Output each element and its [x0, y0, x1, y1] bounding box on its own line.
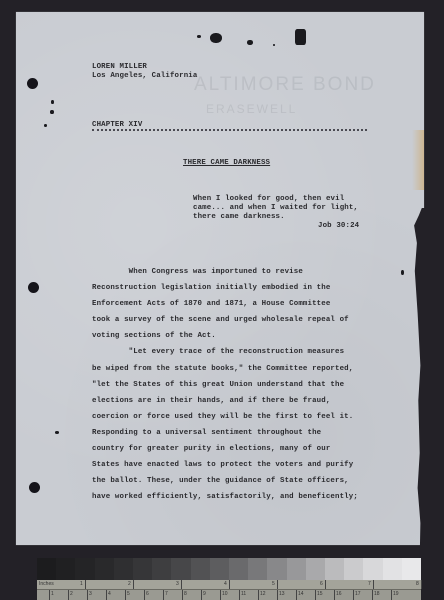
cm-mark: 2 — [70, 591, 73, 597]
epigraph-line: there came darkness. — [193, 213, 358, 222]
ink-speck — [55, 431, 59, 434]
author-location: Los Angeles, California — [92, 72, 197, 81]
body-line: country for greater purity in elections,… — [92, 441, 382, 457]
punch-hole-bottom — [29, 482, 40, 493]
cm-tick — [277, 590, 278, 600]
gray-patch — [114, 558, 133, 580]
chapter-title: THERE CAME DARKNESS — [183, 159, 270, 167]
chapter-heading: CHAPTER XIV — [92, 121, 142, 129]
torn-edge — [412, 208, 426, 558]
inch-tick — [229, 580, 230, 589]
body-line: be wiped from the statute books," the Co… — [92, 361, 382, 377]
cm-tick — [296, 590, 297, 600]
ink-speck — [210, 33, 222, 43]
gray-patch — [402, 558, 421, 580]
author-name: LOREN MILLER — [92, 63, 197, 72]
cm-mark: 18 — [374, 591, 380, 597]
cm-tick — [49, 590, 50, 600]
gray-patch — [210, 558, 229, 580]
ink-speck — [273, 44, 275, 46]
inch-tick — [325, 580, 326, 589]
gray-patch — [306, 558, 325, 580]
cm-tick — [315, 590, 316, 600]
cm-tick — [144, 590, 145, 600]
cm-mark: 11 — [241, 591, 246, 597]
gray-patch — [191, 558, 210, 580]
gray-patch — [75, 558, 94, 580]
inch-mark: 5 — [272, 581, 275, 587]
cm-mark: 12 — [260, 591, 266, 597]
gray-patch — [383, 558, 402, 580]
body-line: Enforcement Acts of 1870 and 1871, a Hou… — [92, 296, 382, 312]
cm-tick — [391, 590, 392, 600]
inch-mark: 7 — [368, 581, 371, 587]
body-line: "Let every trace of the reconstruction m… — [92, 344, 382, 360]
gray-patch — [287, 558, 306, 580]
cm-tick — [239, 590, 240, 600]
gray-patch — [56, 558, 75, 580]
epigraph: When I looked for good, then evil came..… — [193, 195, 358, 222]
cm-tick — [353, 590, 354, 600]
cm-mark: 15 — [317, 591, 323, 597]
gray-scale-strip — [37, 558, 421, 580]
cm-tick — [68, 590, 69, 600]
ink-speck — [401, 270, 404, 275]
epigraph-line: When I looked for good, then evil — [193, 195, 358, 204]
punch-hole-middle — [28, 282, 39, 293]
cm-tick — [372, 590, 373, 600]
ink-speck — [51, 100, 54, 104]
cm-tick — [220, 590, 221, 600]
inch-mark: 4 — [224, 581, 227, 587]
inch-tick — [181, 580, 182, 589]
body-line: have worked efficiently, satisfactorily,… — [92, 489, 382, 505]
cm-mark: 17 — [355, 591, 361, 597]
ink-speck — [44, 124, 47, 127]
inch-tick — [133, 580, 134, 589]
cm-tick — [163, 590, 164, 600]
ink-speck — [295, 29, 306, 45]
cm-mark: 1 — [51, 591, 54, 597]
body-line: States have enacted laws to protect the … — [92, 457, 382, 473]
gray-patch — [152, 558, 171, 580]
gray-patch — [344, 558, 363, 580]
inch-mark: 2 — [128, 581, 131, 587]
gray-patch — [171, 558, 190, 580]
body-line: voting sections of the Act. — [92, 328, 382, 344]
cm-mark: 13 — [279, 591, 285, 597]
body-line: Reconstruction legislation initially emb… — [92, 280, 382, 296]
inch-tick — [421, 580, 422, 589]
epigraph-citation: Job 30:24 — [318, 222, 359, 230]
body-line: Responding to a universal sentiment thro… — [92, 425, 382, 441]
cm-tick — [125, 590, 126, 600]
cm-tick — [201, 590, 202, 600]
cm-mark: 10 — [222, 591, 228, 597]
cm-mark: 4 — [108, 591, 111, 597]
epigraph-line: came... and when I waited for light, — [193, 204, 358, 213]
gray-patch — [267, 558, 286, 580]
ink-speck — [197, 35, 201, 38]
watermark-ghost-line-1: ALTIMORE BOND — [194, 74, 376, 96]
cm-mark: 7 — [165, 591, 168, 597]
cm-ruler: 12345678910111213141516171819 — [37, 590, 421, 600]
cm-tick — [87, 590, 88, 600]
inch-mark: 6 — [320, 581, 323, 587]
body-line: took a survey of the scene and urged who… — [92, 312, 382, 328]
color-ruler-target: Inches 12345678 123456789101112131415161… — [37, 558, 421, 600]
cm-mark: 3 — [89, 591, 92, 597]
ink-speck — [247, 40, 253, 45]
gray-patch — [133, 558, 152, 580]
cm-mark: 8 — [184, 591, 187, 597]
inches-label: Inches — [39, 581, 54, 587]
ink-speck — [50, 110, 54, 114]
cm-tick — [182, 590, 183, 600]
body-line: "let the States of this great Union unde… — [92, 377, 382, 393]
gray-patch — [248, 558, 267, 580]
inch-mark: 3 — [176, 581, 179, 587]
paper-stain — [412, 130, 424, 190]
body-line: the ballot. These, under the guidance of… — [92, 473, 382, 489]
body-line: When Congress was importuned to revise — [92, 264, 382, 280]
cm-mark: 14 — [298, 591, 304, 597]
dotted-divider — [92, 129, 367, 131]
body-line: elections are in their hands, and if the… — [92, 393, 382, 409]
body-line: coercion or force used they will be the … — [92, 409, 382, 425]
gray-patch — [95, 558, 114, 580]
cm-mark: 9 — [203, 591, 206, 597]
punch-hole-top — [27, 78, 38, 89]
cm-mark: 16 — [336, 591, 342, 597]
gray-patch — [229, 558, 248, 580]
author-block: LOREN MILLER Los Angeles, California — [92, 63, 197, 81]
inch-tick — [277, 580, 278, 589]
document-page: ALTIMORE BOND ERASEWELL LOREN MILLER Los… — [16, 12, 424, 545]
body-text: When Congress was importuned to revise R… — [92, 264, 382, 505]
cm-tick — [258, 590, 259, 600]
inch-tick — [373, 580, 374, 589]
cm-tick — [334, 590, 335, 600]
inch-mark: 1 — [80, 581, 83, 587]
cm-mark: 6 — [146, 591, 149, 597]
cm-tick — [106, 590, 107, 600]
watermark-ghost-line-2: ERASEWELL — [206, 102, 297, 116]
cm-mark: 19 — [393, 591, 399, 597]
gray-patch — [363, 558, 382, 580]
inch-mark: 8 — [416, 581, 419, 587]
gray-patch — [37, 558, 56, 580]
inch-tick — [85, 580, 86, 589]
inch-ruler: Inches 12345678 — [37, 580, 421, 590]
cm-mark: 5 — [127, 591, 130, 597]
gray-patch — [325, 558, 344, 580]
